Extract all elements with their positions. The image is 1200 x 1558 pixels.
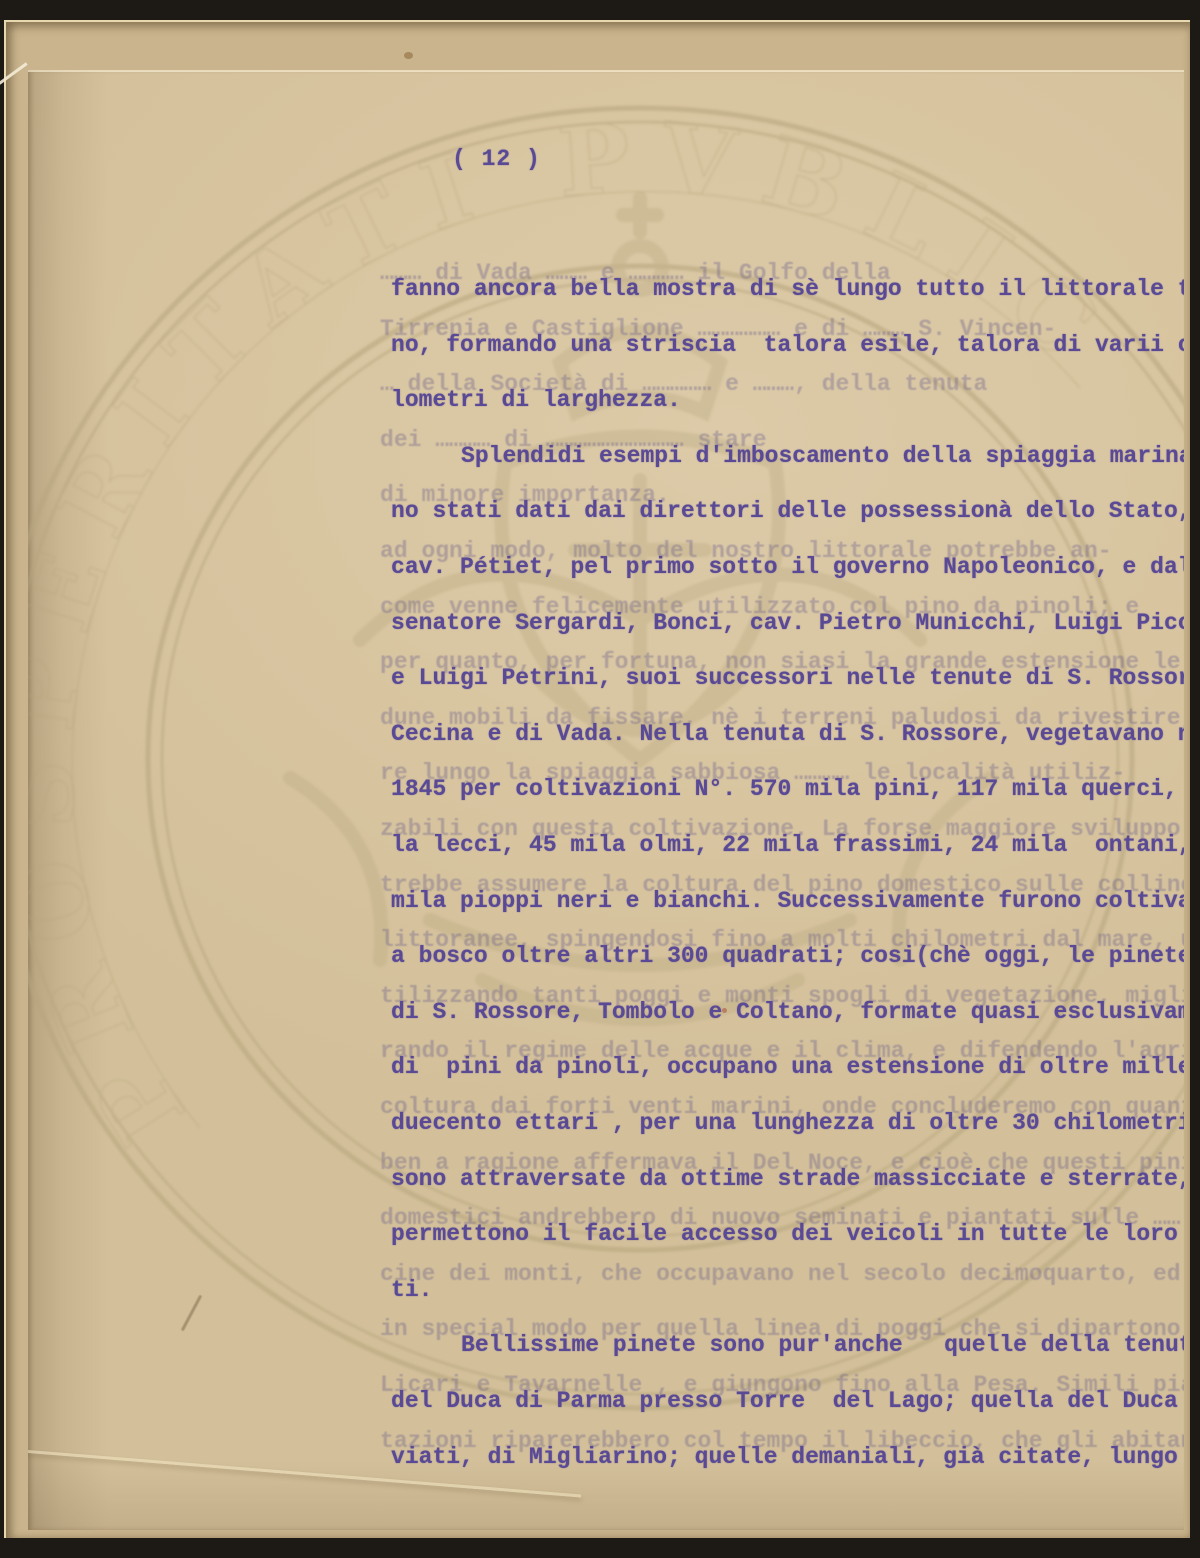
scanned-book-page: PROSPERITATI PVBLICAE ……… di Vada ……… e … xyxy=(0,0,1200,1558)
body-line: viati, di Migliarino; quelle demaniali, … xyxy=(253,1418,1184,1496)
document-page: PROSPERITATI PVBLICAE ……… di Vada ……… e … xyxy=(28,70,1184,1530)
paper-spot xyxy=(722,1008,727,1013)
paper-spot xyxy=(404,52,413,59)
page-number: ( 12 ) xyxy=(452,146,541,172)
